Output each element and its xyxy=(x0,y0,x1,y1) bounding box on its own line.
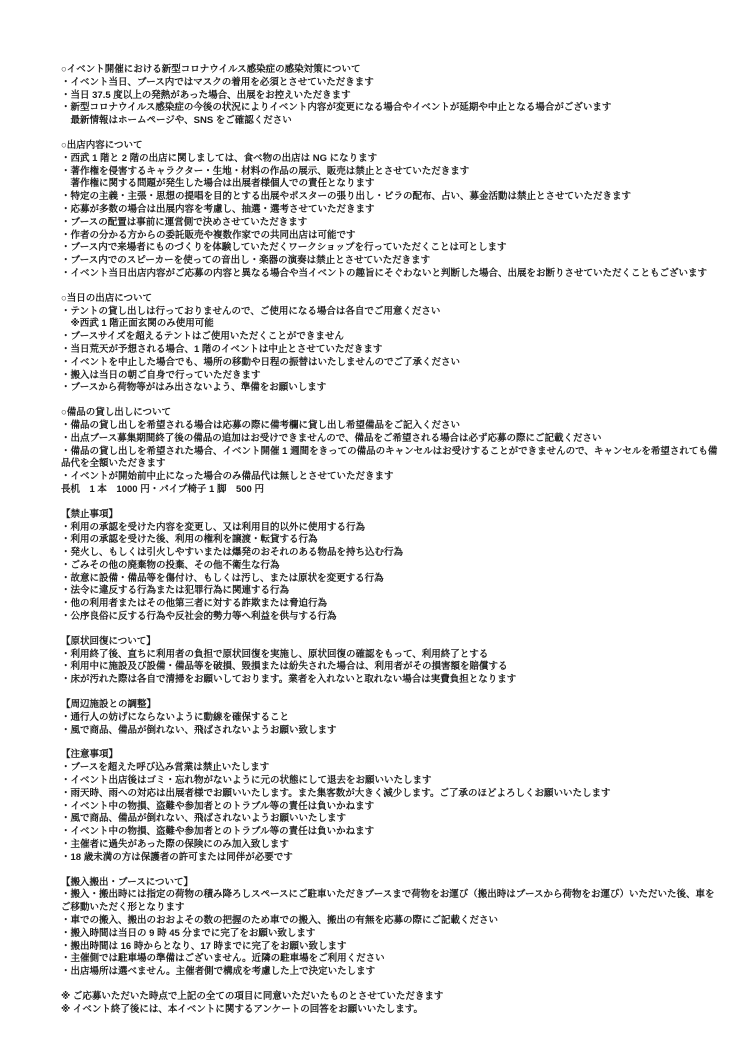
document-section: ○イベント開催における新型コロナウイルス感染症の感染対策について・イベント当日、… xyxy=(61,64,731,128)
section-heading: 【禁止事項】 xyxy=(61,509,731,522)
text-line: ・ブースサイズを超えるテントはご使用いただくことができません xyxy=(61,331,731,344)
text-line: ・当日 37.5 度以上の発熱があった場合、出展をお控えいただきます xyxy=(61,90,731,103)
text-line: ・当日荒天が予想される場合、1 階のイベントは中止とさせていただきます xyxy=(61,344,731,357)
section-heading: ○出店内容について xyxy=(61,140,731,153)
text-line: ・ブース内で来場者にものづくりを体験していただくワークショップを行っていただくこ… xyxy=(61,242,731,255)
text-line: ・雨天時、雨への対応は出展者様でお願いいたします。また集客数が大きく減少します。… xyxy=(61,788,731,801)
text-line: ・備品の貸し出しを希望される場合は応募の際に備考欄に貸し出し希望備品をご記入くだ… xyxy=(61,420,731,433)
text-line: ・公序良俗に反する行為や反社会的勢力等へ利益を供与する行為 xyxy=(61,611,731,624)
text-line: ・ブースを超えた呼び込み営業は禁止いたします xyxy=(61,762,731,775)
section-heading: 【原状回復について】 xyxy=(61,636,731,649)
text-line: ・主催側では駐車場の準備はございません。近隣の駐車場をご利用ください xyxy=(61,953,731,966)
text-line: ・法令に違反する行為または犯罪行為に関連する行為 xyxy=(61,585,731,598)
section-heading: 【搬入搬出・ブースについて】 xyxy=(61,877,731,890)
text-line: ・搬入・搬出時には指定の荷物の積み降ろしスペースにご駐車いただきブースまで荷物を… xyxy=(61,889,731,902)
text-line: ・新型コロナウイルス感染症の今後の状況によりイベント内容が変更になる場合やイベン… xyxy=(61,102,731,115)
text-line: ・故意に設備・備品等を傷付け、もしくは汚し、または原状を変更する行為 xyxy=(61,573,731,586)
text-line: 最新情報はホームページや、SNS をご確認ください xyxy=(61,115,731,128)
document-section: ○出店内容について・西武 1 階と 2 階の出店に関しましては、食べ物の出店は … xyxy=(61,140,731,281)
text-line: ・利用の承認を受けた内容を変更し、又は利用目的以外に使用する行為 xyxy=(61,522,731,535)
text-line: ・車での搬入、搬出のおおよその数の把握のため車での搬入、搬出の有無を応募の際にご… xyxy=(61,915,731,928)
text-line: ・ブース内でのスピーカーを使っての音出し・楽器の演奏は禁止とさせていただきます xyxy=(61,255,731,268)
document-section: 【禁止事項】・利用の承認を受けた内容を変更し、又は利用目的以外に使用する行為・利… xyxy=(61,509,731,624)
text-line: 品代を全額いただきます xyxy=(61,458,731,471)
document-section: 【周辺施設との調整】・通行人の妨げにならないように動線を確保すること・風で商品、… xyxy=(61,699,731,737)
document-section: 【原状回復について】・利用終了後、直ちに利用者の負担で原状回復を実施し、原状回復… xyxy=(61,636,731,687)
text-line: 長机 1 本 1000 円・パイプ椅子 1 脚 500 円 xyxy=(61,484,731,497)
section-heading: ○イベント開催における新型コロナウイルス感染症の感染対策について xyxy=(61,64,731,77)
section-heading: 【周辺施設との調整】 xyxy=(61,699,731,712)
section-heading: 【注意事項】 xyxy=(61,749,731,762)
text-line: ※西武 1 階正面玄関のみ使用可能 xyxy=(61,318,731,331)
text-line: 著作権に関する問題が発生した場合は出展者様個人での責任となります xyxy=(61,178,731,191)
text-line: ・イベント中の物損、盗難や参加者とのトラブル等の責任は負いかねます xyxy=(61,826,731,839)
text-line: ・利用終了後、直ちに利用者の負担で原状回復を実施し、原状回復の確認をもって、利用… xyxy=(61,649,731,662)
text-line: ・18 歳未満の方は保護者の許可または同伴が必要です xyxy=(61,852,731,865)
text-line: ・通行人の妨げにならないように動線を確保すること xyxy=(61,712,731,725)
text-line: ・テントの貸し出しは行っておりませんので、ご使用になる場合は各自でご用意ください xyxy=(61,306,731,319)
document-section: ※ ご応募いただいた時点で上記の全ての項目に同意いただいたものとさせていただきま… xyxy=(61,991,731,1017)
text-line: ・風で商品、備品が倒れない、飛ばされないようお願い致します xyxy=(61,725,731,738)
text-line: ・特定の主義・主張・思想の提唱を目的とする出展やポスターの張り出し・ビラの配布、… xyxy=(61,191,731,204)
text-line: ・イベント当日出店内容がご応募の内容と異なる場合や当イベントの趣旨にそぐわないと… xyxy=(61,268,731,281)
document-section: 【注意事項】・ブースを超えた呼び込み営業は禁止いたします・イベント出店後はゴミ・… xyxy=(61,749,731,864)
text-line: ・作者の分かる方からの委託販売や複数作家での共同出店は可能です xyxy=(61,230,731,243)
document-section: 【搬入搬出・ブースについて】・搬入・搬出時には指定の荷物の積み降ろしスペースにご… xyxy=(61,877,731,979)
text-line: ・ブースから荷物等がはみ出さないよう、準備をお願いします xyxy=(61,382,731,395)
text-line: ・著作権を侵害するキャラクター・生地・材料の作品の展示、販売は禁止とさせていただ… xyxy=(61,166,731,179)
text-line: ・ブースの配置は事前に運営側で決めさせていただきます xyxy=(61,217,731,230)
document-section: ○当日の出店について・テントの貸し出しは行っておりませんので、ご使用になる場合は… xyxy=(61,293,731,395)
text-line: ・他の利用者またはその他第三者に対する詐欺または脅迫行為 xyxy=(61,598,731,611)
document-page: ○イベント開催における新型コロナウイルス感染症の感染対策について・イベント当日、… xyxy=(0,0,741,1040)
text-line: ・利用の承認を受けた後、利用の権利を譲渡・転貸する行為 xyxy=(61,534,731,547)
text-line: ・発火し、もしくは引火しやすいまたは爆発のおそれのある物品を持ち込む行為 xyxy=(61,547,731,560)
text-line: ※ イベント終了後には、本イベントに関するアンケートの回答をお願いいたします。 xyxy=(61,1004,731,1017)
text-line: ・搬入は当日の朝ご自身で行っていただきます xyxy=(61,370,731,383)
text-line: ・主催者に過失があった際の保険にのみ加入致します xyxy=(61,839,731,852)
text-line: ・搬入時間は当日の 9 時 45 分までに完了をお願い致します xyxy=(61,928,731,941)
text-line: ・風で商品、備品が倒れない、飛ばされないようお願いいたします xyxy=(61,813,731,826)
text-line: ・イベントが開始前中止になった場合のみ備品代は無しとさせていただきます xyxy=(61,471,731,484)
text-line: ・利用中に施設及び設備・備品等を破損、毀損または紛失された場合は、利用者がその損… xyxy=(61,661,731,674)
text-line: ・備品の貸し出しを希望された場合、イベント開催 1 週間をきっての備品のキャンセ… xyxy=(61,446,731,459)
text-line: ・出店場所は選べません。主催者側で構成を考慮した上で決定いたします xyxy=(61,966,731,979)
text-line: ・出点ブース募集期間終了後の備品の追加はお受けできませんので、備品をご希望される… xyxy=(61,433,731,446)
text-line: ご移動いただく形となります xyxy=(61,902,731,915)
section-heading: ○当日の出店について xyxy=(61,293,731,306)
text-line: ・イベント当日、ブース内ではマスクの着用を必須とさせていただきます xyxy=(61,77,731,90)
text-line: ・搬出時間は 16 時からとなり、17 時までに完了をお願い致します xyxy=(61,941,731,954)
section-heading: ○備品の貸し出しについて xyxy=(61,407,731,420)
text-line: ・イベント中の物損、盗難や参加者とのトラブル等の責任は負いかねます xyxy=(61,801,731,814)
text-line: ・西武 1 階と 2 階の出店に関しましては、食べ物の出店は NG になります xyxy=(61,153,731,166)
text-line: ※ ご応募いただいた時点で上記の全ての項目に同意いただいたものとさせていただきま… xyxy=(61,991,731,1004)
text-line: ・イベントを中止した場合でも、場所の移動や日程の振替はいたしませんのでご了承くだ… xyxy=(61,357,731,370)
document-section: ○備品の貸し出しについて・備品の貸し出しを希望される場合は応募の際に備考欄に貸し… xyxy=(61,407,731,497)
text-line: ・イベント出店後はゴミ・忘れ物がないように元の状態にして退去をお願いいたします xyxy=(61,775,731,788)
document-sections: ○イベント開催における新型コロナウイルス感染症の感染対策について・イベント当日、… xyxy=(61,64,731,1017)
text-line: ・床が汚れた際は各自で清掃をお願いしております。業者を入れないと取れない場合は実… xyxy=(61,674,731,687)
text-line: ・ごみその他の廃棄物の投棄、その他不衛生な行為 xyxy=(61,560,731,573)
text-line: ・応募が多数の場合は出展内容を考慮し、抽選・選考させていただきます xyxy=(61,204,731,217)
